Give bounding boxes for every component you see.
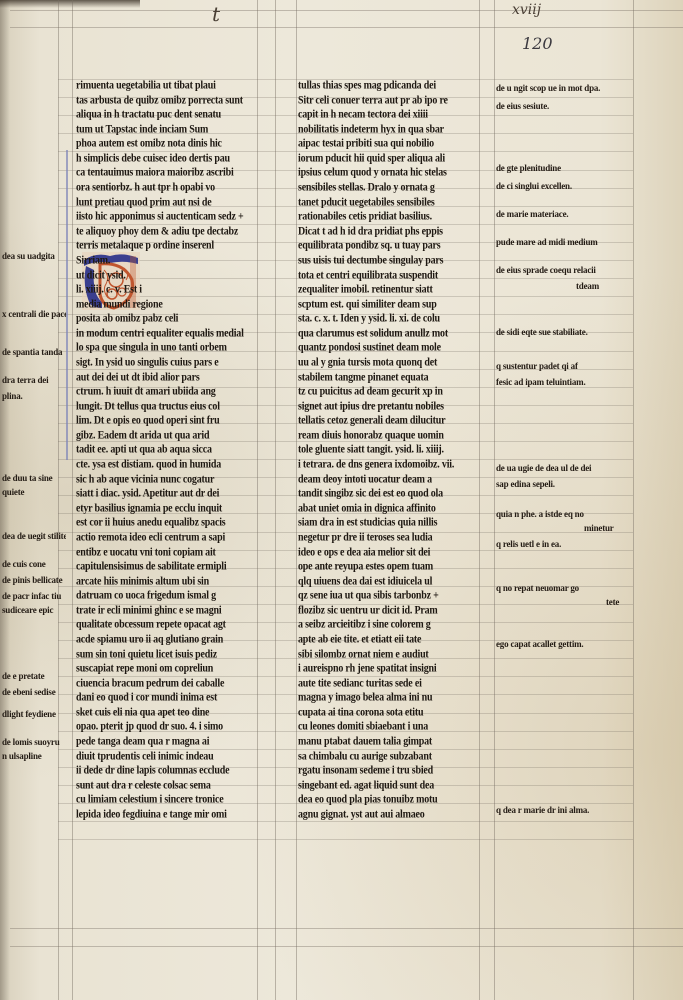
ruling-line	[494, 0, 495, 1000]
margin-note: q no repat neuomar go	[496, 582, 646, 595]
margin-note: de duu ta sine	[2, 472, 66, 485]
folio-number: 120	[522, 34, 553, 53]
margin-note: de cuis cone	[2, 558, 66, 571]
text-line: lepida ideo fegdiuina e tange mir omi	[76, 807, 258, 824]
margin-note: pude mare ad midi medium	[496, 236, 646, 249]
running-head-right: xviij	[512, 2, 541, 18]
margin-note: plina.	[2, 390, 66, 403]
margin-note: dea de uegit stilite	[2, 530, 66, 543]
text-column-right: tullas thias spes mag pdicanda deiSitr c…	[298, 79, 480, 822]
margin-note: de eius sprade coequ relacii	[496, 264, 646, 277]
ruling-line	[10, 928, 683, 929]
manuscript-page: t xviij 120 rimuenta uegetabilia ut tiba…	[0, 0, 683, 1000]
text-line: agnu gignat. yst aut aui almaeo	[298, 807, 480, 824]
text-column-left: rimuenta uegetabilia ut tibat plauitas a…	[76, 79, 258, 822]
margin-note: dea su uadgita	[2, 250, 66, 263]
ruling-line	[296, 0, 297, 1000]
margin-note: q relis uetl e in ea.	[496, 538, 646, 551]
margin-note: de pacr infac tiu	[2, 590, 66, 603]
margin-note: q sustentur padet qi af	[496, 360, 646, 373]
running-head-left: t	[212, 2, 220, 26]
margin-note: de e pretate	[2, 670, 66, 683]
margin-note: fesic ad ipam teluintiam.	[496, 376, 646, 389]
margin-note: de spantia tanda	[2, 346, 66, 359]
margin-note: quia n phe. a istde eq no	[496, 508, 646, 521]
margin-note: de sidi eqte sue stabiliate.	[496, 326, 646, 339]
margin-note: de ua ugie de dea ul de dei	[496, 462, 646, 475]
margin-note: de ebeni sedise	[2, 686, 66, 699]
margin-note: de eius sesiute.	[496, 100, 646, 113]
ruling-line	[633, 0, 634, 1000]
margin-note: de ci singlui excellen.	[496, 180, 646, 193]
margin-note: de marie materiace.	[496, 208, 646, 221]
ruling-line	[58, 0, 59, 1000]
edge-stain	[0, 0, 140, 8]
margin-note: de u ngit scop ue in mot dpa.	[496, 82, 646, 95]
margin-note: minetur	[584, 522, 646, 535]
margin-note: x centrali die pace	[2, 308, 66, 321]
margin-note: de lomis suoyru	[2, 736, 66, 749]
margin-note: ego capat acallet gettim.	[496, 638, 646, 651]
penwork-flourish	[66, 150, 72, 460]
margin-note: de gte plenitudine	[496, 162, 646, 175]
margin-note: tete	[606, 596, 646, 609]
margin-note: sudiceare epic	[2, 604, 66, 617]
margin-note: dlight feydiene	[2, 708, 66, 721]
ruling-line	[72, 0, 73, 1000]
gutter-shadow	[0, 0, 10, 1000]
margin-note: tdeam	[576, 280, 646, 293]
margin-note: de pinis bellicate	[2, 574, 66, 587]
margin-note: n ulsapline	[2, 750, 66, 763]
margin-note: dra terra dei	[2, 374, 66, 387]
margin-note: q dea r marie dr ini alma.	[496, 804, 646, 817]
ruling-line	[275, 0, 276, 1000]
ruling-line	[10, 27, 683, 28]
margin-note: sap edina sepeli.	[496, 478, 646, 491]
ruling-line	[58, 839, 633, 840]
ruling-line	[10, 946, 683, 947]
margin-note: quiete	[2, 486, 66, 499]
ruling-line	[10, 10, 683, 11]
